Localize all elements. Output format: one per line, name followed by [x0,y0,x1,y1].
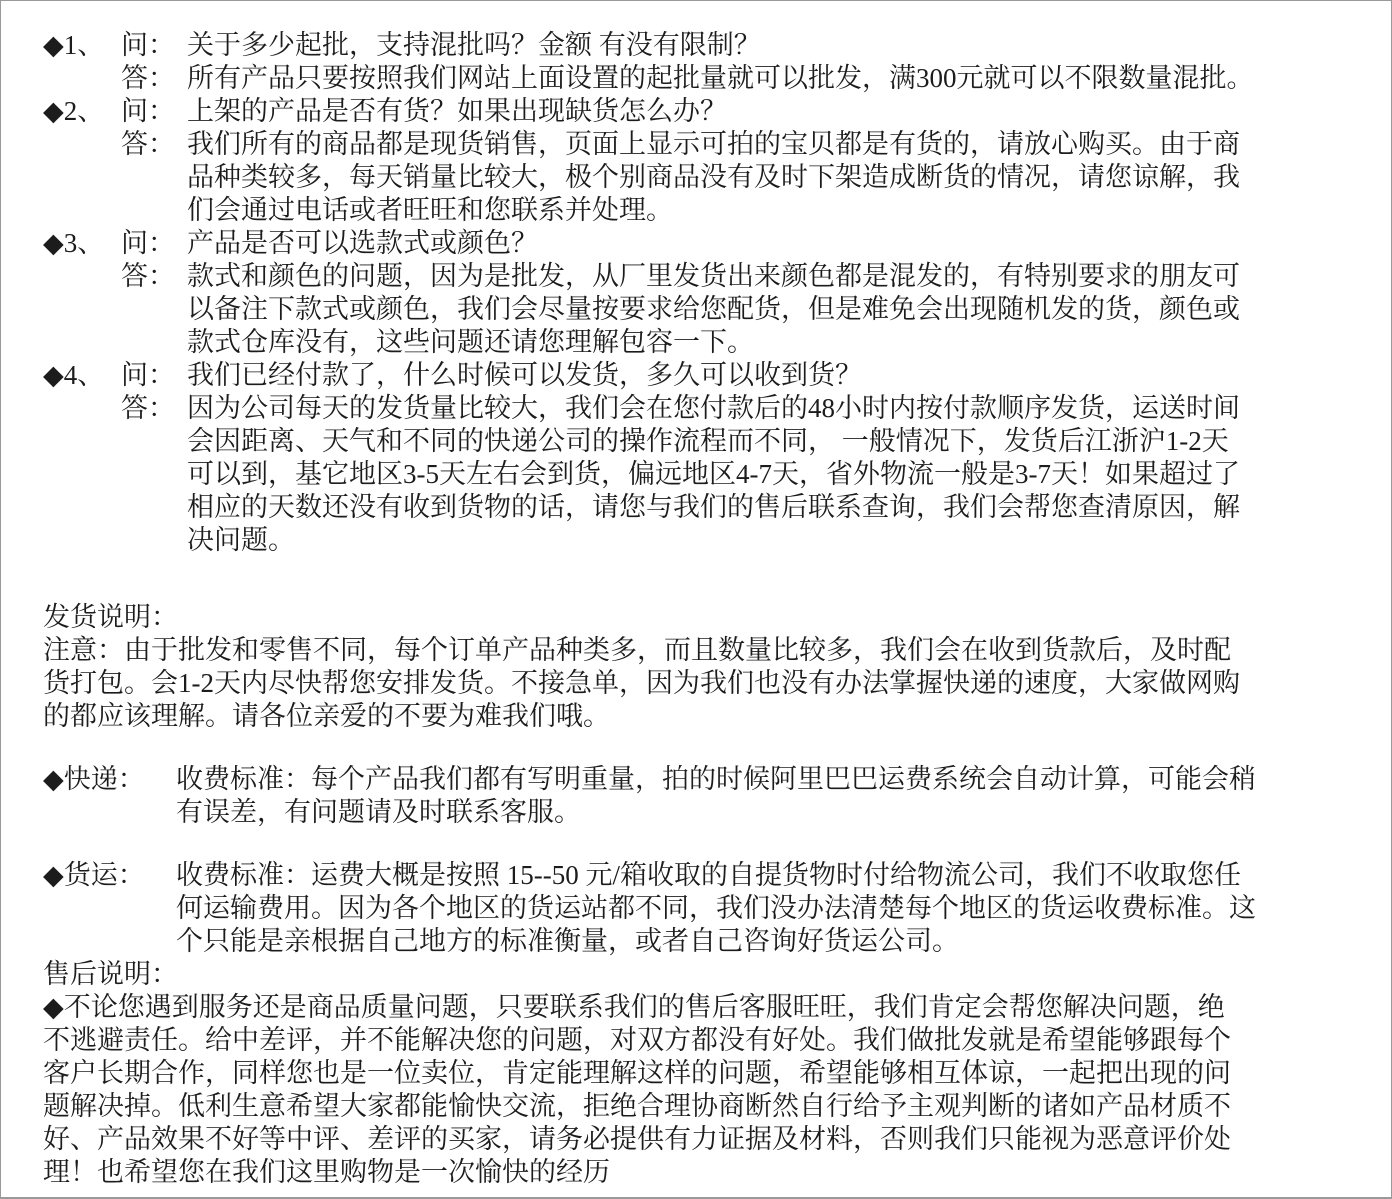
question-line: ◆1、 问： 关于多少起批，支持混批吗？金额 有没有限制？ [43,29,1375,62]
answer-text: 因为公司每天的发货量比较大，我们会在您付款后的48小时内按付款顺序发货，运送时间… [187,392,1375,557]
answer-line: 可以到，基它地区3-5天左右会到货，偏远地区4-7天，省外物流一般是3-7天！如… [187,458,1375,491]
faq-item-2: ◆2、 问： 上架的产品是否有货？如果出现缺货怎么办？ 答： 我们所有的商品都是… [43,95,1375,227]
answer-line: 相应的天数还没有收到货物的话，请您与我们的售后联系查询，我们会帮您查清原因，解 [187,491,1375,524]
express-line: ◆快递： 收费标准：每个产品我们都有写明重量，拍的时候阿里巴巴运费系统会自动计算… [43,763,1375,829]
question-label: 问： [121,359,187,392]
answer-line: 决问题。 [187,524,1375,557]
paragraph-line: ◆不论您遇到服务还是商品质量问题，只要联系我们的售后客服旺旺，我们肯定会帮您解决… [43,991,1375,1024]
paragraph-line: 理！也希望您在我们这里购物是一次愉快的经历 [43,1156,1375,1189]
answer-line: 品种类较多，每天销量比较大，极个别商品没有及时下架造成断货的情况，请您谅解，我 [187,161,1375,194]
answer-line: 会因距离、天气和不同的快递公司的操作流程而不同， 一般情况下，发货后江浙沪1-2… [187,425,1375,458]
question-text: 我们已经付款了，什么时候可以发货，多久可以收到货？ [187,359,862,392]
answer-line: 款式仓库没有，这些问题还请您理解包容一下。 [187,326,1375,359]
paragraph-line: 货打包。会1-2天内尽快帮您安排发货。不接急单，因为我们也没有办法掌握快递的速度… [43,667,1375,700]
answer-text: 我们所有的商品都是现货销售，页面上显示可拍的宝贝都是有货的，请放心购买。由于商 … [187,128,1375,227]
freight-fee-note: ◆货运： 收费标准：运费大概是按照 15--50 元/箱收取的自提货物时付给物流… [43,859,1375,958]
question-text: 关于多少起批，支持混批吗？金额 有没有限制？ [187,29,761,62]
paragraph-line: 不逃避责任。给中差评，并不能解决您的问题，对双方都没有好处。我们做批发就是希望能… [43,1024,1375,1057]
answer-label: 答： [121,128,187,161]
section-title: 售后说明： [43,958,1375,991]
answer-line: 我们所有的商品都是现货销售，页面上显示可拍的宝贝都是有货的，请放心购买。由于商 [187,128,1375,161]
diamond-bullet-number: ◆2、 [43,95,121,128]
answer-label: 答： [121,260,187,293]
shipping-note-section: 发货说明： 注意：由于批发和零售不同，每个订单产品种类多，而且数量比较多，我们会… [43,601,1375,733]
paragraph-line: 何运输费用。因为各个地区的货运站都不同，我们没办法清楚每个地区的货运收费标准。这 [176,892,1375,925]
answer-block: 答： 所有产品只要按照我们网站上面设置的起批量就可以批发，满300元就可以不限数… [43,62,1375,95]
question-text: 上架的产品是否有货？如果出现缺货怎么办？ [187,95,727,128]
express-bullet-label: ◆快递： [43,763,176,796]
paragraph-line: 收费标准：每个产品我们都有写明重量，拍的时候阿里巴巴运费系统会自动计算，可能会稍 [176,763,1375,796]
answer-line: 因为公司每天的发货量比较大，我们会在您付款后的48小时内按付款顺序发货，运送时间 [187,392,1375,425]
faq-section: ◆1、 问： 关于多少起批，支持混批吗？金额 有没有限制？ 答： 所有产品只要按… [43,29,1375,557]
question-label: 问： [121,95,187,128]
answer-block: 答： 因为公司每天的发货量比较大，我们会在您付款后的48小时内按付款顺序发货，运… [43,392,1375,557]
paragraph-line: 好、产品效果不好等中评、差评的买家，请务必提供有力证据及材料，否则我们只能视为恶… [43,1123,1375,1156]
paragraph-line: 的都应该理解。请各位亲爱的不要为难我们哦。 [43,700,1375,733]
paragraph-line: 题解决掉。低利生意希望大家都能愉快交流，拒绝合理协商断然自行给予主观判断的诸如产… [43,1090,1375,1123]
aftersale-section: 售后说明： ◆不论您遇到服务还是商品质量问题，只要联系我们的售后客服旺旺，我们肯… [43,958,1375,1189]
answer-block: 答： 款式和颜色的问题，因为是批发，从厂里发货出来颜色都是混发的，有特别要求的朋… [43,260,1375,359]
faq-item-3: ◆3、 问： 产品是否可以选款式或颜色？ 答： 款式和颜色的问题，因为是批发，从… [43,227,1375,359]
paragraph-line: 收费标准：运费大概是按照 15--50 元/箱收取的自提货物时付给物流公司，我们… [176,859,1375,892]
faq-item-4: ◆4、 问： 我们已经付款了，什么时候可以发货，多久可以收到货？ 答： 因为公司… [43,359,1375,557]
answer-label: 答： [121,62,187,95]
wholesale-faq-page: ◆1、 问： 关于多少起批，支持混批吗？金额 有没有限制？ 答： 所有产品只要按… [0,0,1392,1199]
paragraph-line: 个只能是亲根据自己地方的标准衡量，或者自己咨询好货运公司。 [176,925,1375,958]
question-line: ◆3、 问： 产品是否可以选款式或颜色？ [43,227,1375,260]
answer-line: 所有产品只要按照我们网站上面设置的起批量就可以批发，满300元就可以不限数量混批… [187,62,1375,95]
diamond-bullet-number: ◆4、 [43,359,121,392]
paragraph-line: 客户长期合作，同样您也是一位卖位，肯定能理解这样的问题，希望能够相互体谅，一起把… [43,1057,1375,1090]
paragraph-line: 注意：由于批发和零售不同，每个订单产品种类多，而且数量比较多，我们会在收到货款后… [43,634,1375,667]
answer-block: 答： 我们所有的商品都是现货销售，页面上显示可拍的宝贝都是有货的，请放心购买。由… [43,128,1375,227]
question-label: 问： [121,227,187,260]
paragraph-line: 有误差，有问题请及时联系客服。 [176,796,1375,829]
faq-item-1: ◆1、 问： 关于多少起批，支持混批吗？金额 有没有限制？ 答： 所有产品只要按… [43,29,1375,95]
answer-line: 们会通过电话或者旺旺和您联系并处理。 [187,194,1375,227]
freight-text: 收费标准：运费大概是按照 15--50 元/箱收取的自提货物时付给物流公司，我们… [176,859,1375,958]
freight-bullet-label: ◆货运： [43,859,176,892]
express-fee-note: ◆快递： 收费标准：每个产品我们都有写明重量，拍的时候阿里巴巴运费系统会自动计算… [43,763,1375,829]
diamond-bullet-number: ◆3、 [43,227,121,260]
answer-text: 所有产品只要按照我们网站上面设置的起批量就可以批发，满300元就可以不限数量混批… [187,62,1375,95]
question-line: ◆4、 问： 我们已经付款了，什么时候可以发货，多久可以收到货？ [43,359,1375,392]
diamond-bullet-number: ◆1、 [43,29,121,62]
section-title: 发货说明： [43,601,1375,634]
answer-text: 款式和颜色的问题，因为是批发，从厂里发货出来颜色都是混发的，有特别要求的朋友可 … [187,260,1375,359]
freight-line: ◆货运： 收费标准：运费大概是按照 15--50 元/箱收取的自提货物时付给物流… [43,859,1375,958]
express-text: 收费标准：每个产品我们都有写明重量，拍的时候阿里巴巴运费系统会自动计算，可能会稍… [176,763,1375,829]
answer-label: 答： [121,392,187,425]
answer-line: 款式和颜色的问题，因为是批发，从厂里发货出来颜色都是混发的，有特别要求的朋友可 [187,260,1375,293]
question-label: 问： [121,29,187,62]
question-line: ◆2、 问： 上架的产品是否有货？如果出现缺货怎么办？ [43,95,1375,128]
answer-line: 以备注下款式或颜色，我们会尽量按要求给您配货，但是难免会出现随机发的货，颜色或 [187,293,1375,326]
question-text: 产品是否可以选款式或颜色？ [187,227,538,260]
